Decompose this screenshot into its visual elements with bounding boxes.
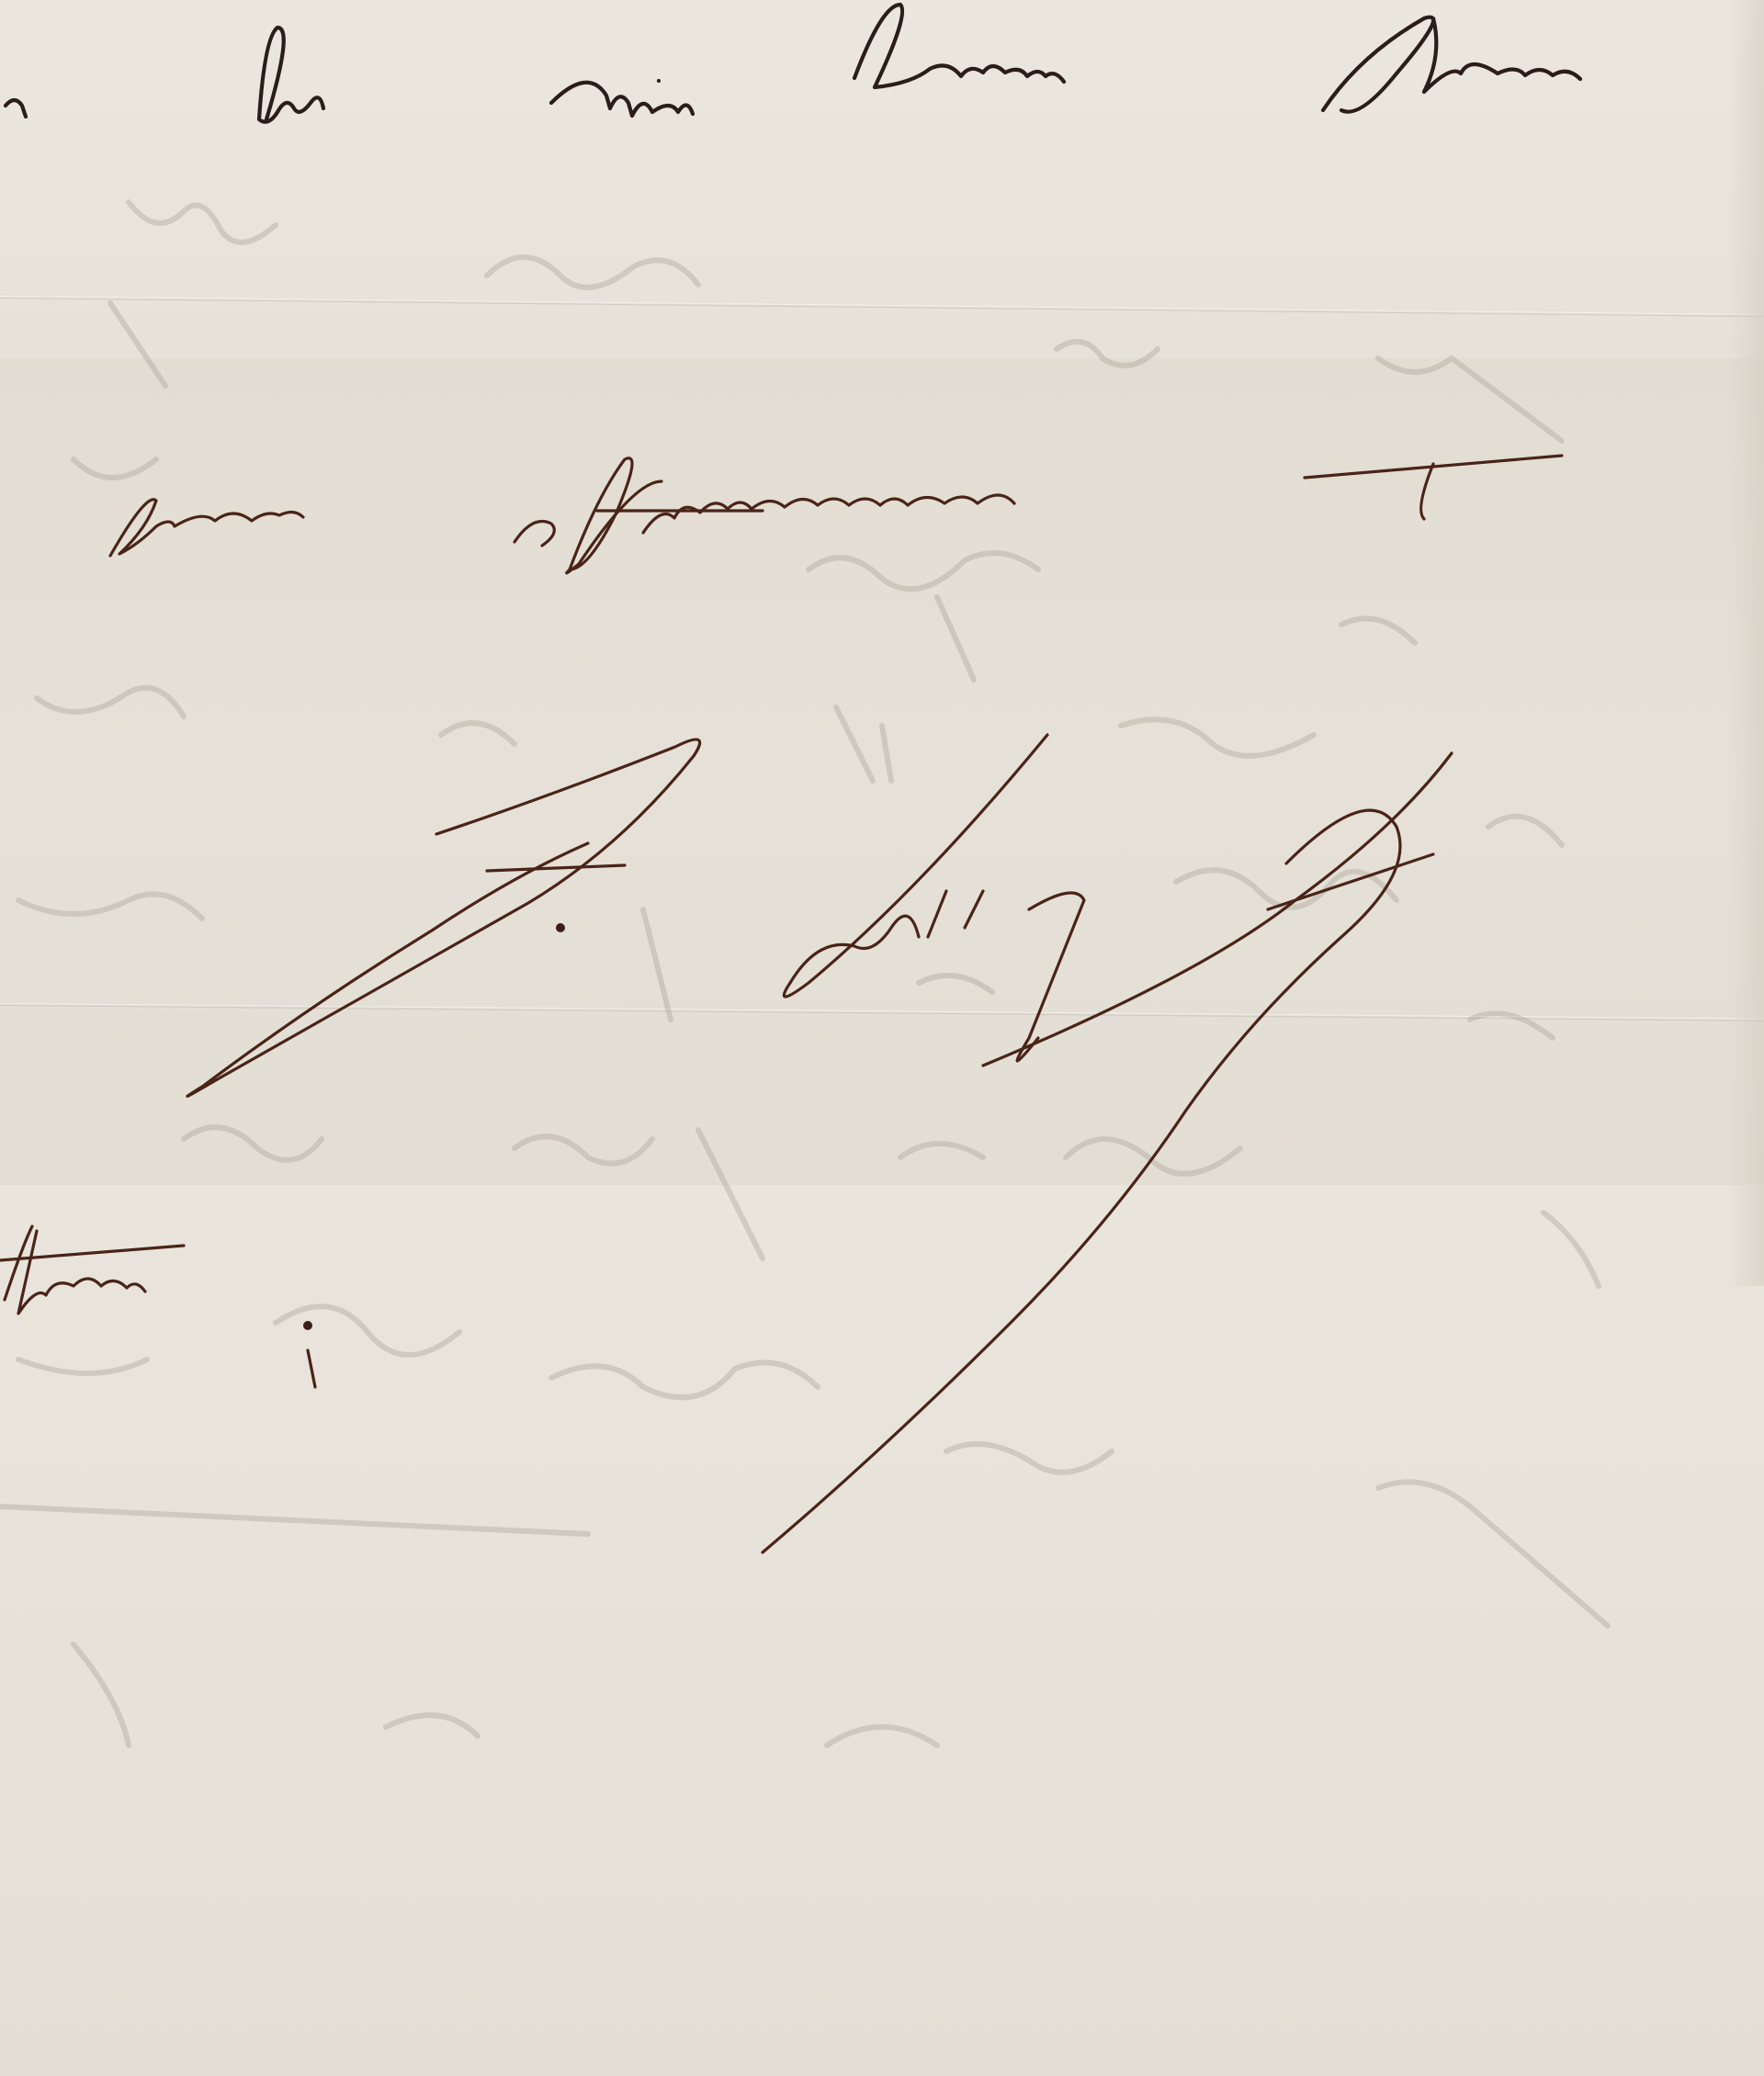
signature-f-liszt bbox=[187, 735, 1452, 1552]
signature-period-dot bbox=[556, 923, 565, 932]
line-2-handwriting bbox=[110, 456, 1562, 573]
letter-photo: …n les meilleures places vous affectueus… bbox=[0, 0, 1764, 2076]
line-3-handwriting bbox=[0, 1226, 315, 1387]
line-1-handwriting bbox=[6, 5, 1580, 122]
handwriting-ink bbox=[0, 0, 1764, 2076]
